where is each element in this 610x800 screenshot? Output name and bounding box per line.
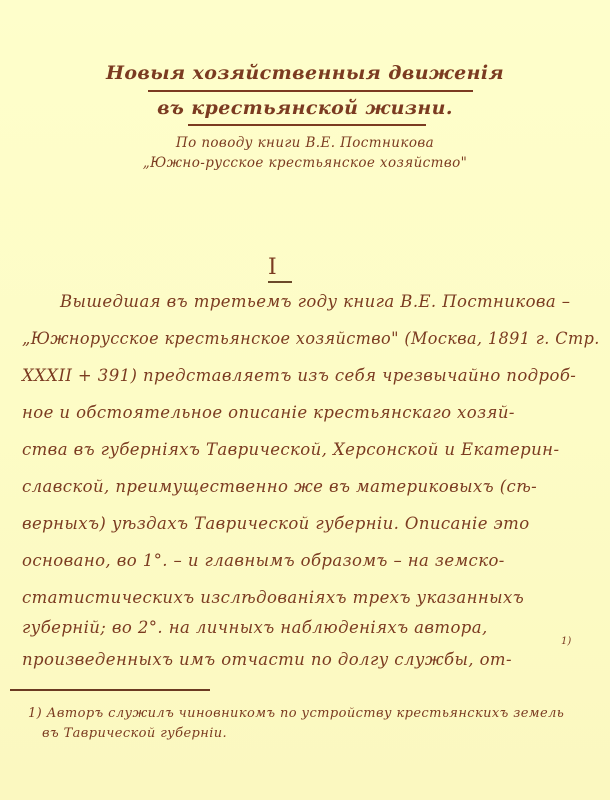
title-line-1: Новыя хозяйственныя движенія [0,62,610,84]
body-line-11: произведенныхъ имъ отчасти по долгу служ… [22,650,512,669]
body-line-7: верныхъ) уѣздахъ Таврической губерніи. О… [22,514,530,533]
footnote-separator-rule [10,689,210,691]
body-line-1: Вышедшая въ третьемъ году книга В.Е. Пос… [60,292,570,311]
footnote-reference-mark: 1) [561,636,571,647]
subtitle-line-1: По поводу книги В.Е. Постникова [0,135,610,151]
title-underline-2 [188,124,426,126]
body-line-3: XXXII + 391) представляетъ изъ себя чрез… [22,366,576,385]
body-line-4: ное и обстоятельное описаніе крестьянска… [22,403,515,422]
footnote-line-2: въ Таврической губерніи. [42,726,227,741]
body-line-5: ства въ губерніяхъ Таврической, Херсонск… [22,440,559,459]
body-line-2: „Южнорусское крестьянское хозяйство" (Мо… [22,329,600,348]
body-line-10: губерній; во 2°. на личныхъ наблюденіяхъ… [22,618,488,637]
footnote-line-1: 1) Авторъ служилъ чиновникомъ по устройс… [28,706,564,721]
body-line-6: славской, преимущественно же въ материко… [22,477,537,496]
body-line-8: основано, во 1°. – и главнымъ образомъ –… [22,551,505,570]
title-underline-1 [148,90,473,92]
section-number: I [268,255,277,280]
subtitle-line-2: „Южно-русское крестьянское хозяйство" [0,155,610,171]
body-line-9: статистическихъ изслѣдованіяхъ трехъ ука… [22,588,524,607]
title-line-2: въ крестьянской жизни. [0,97,610,119]
section-number-underline [268,281,292,283]
manuscript-page: Новыя хозяйственныя движенія въ крестьян… [0,0,610,800]
